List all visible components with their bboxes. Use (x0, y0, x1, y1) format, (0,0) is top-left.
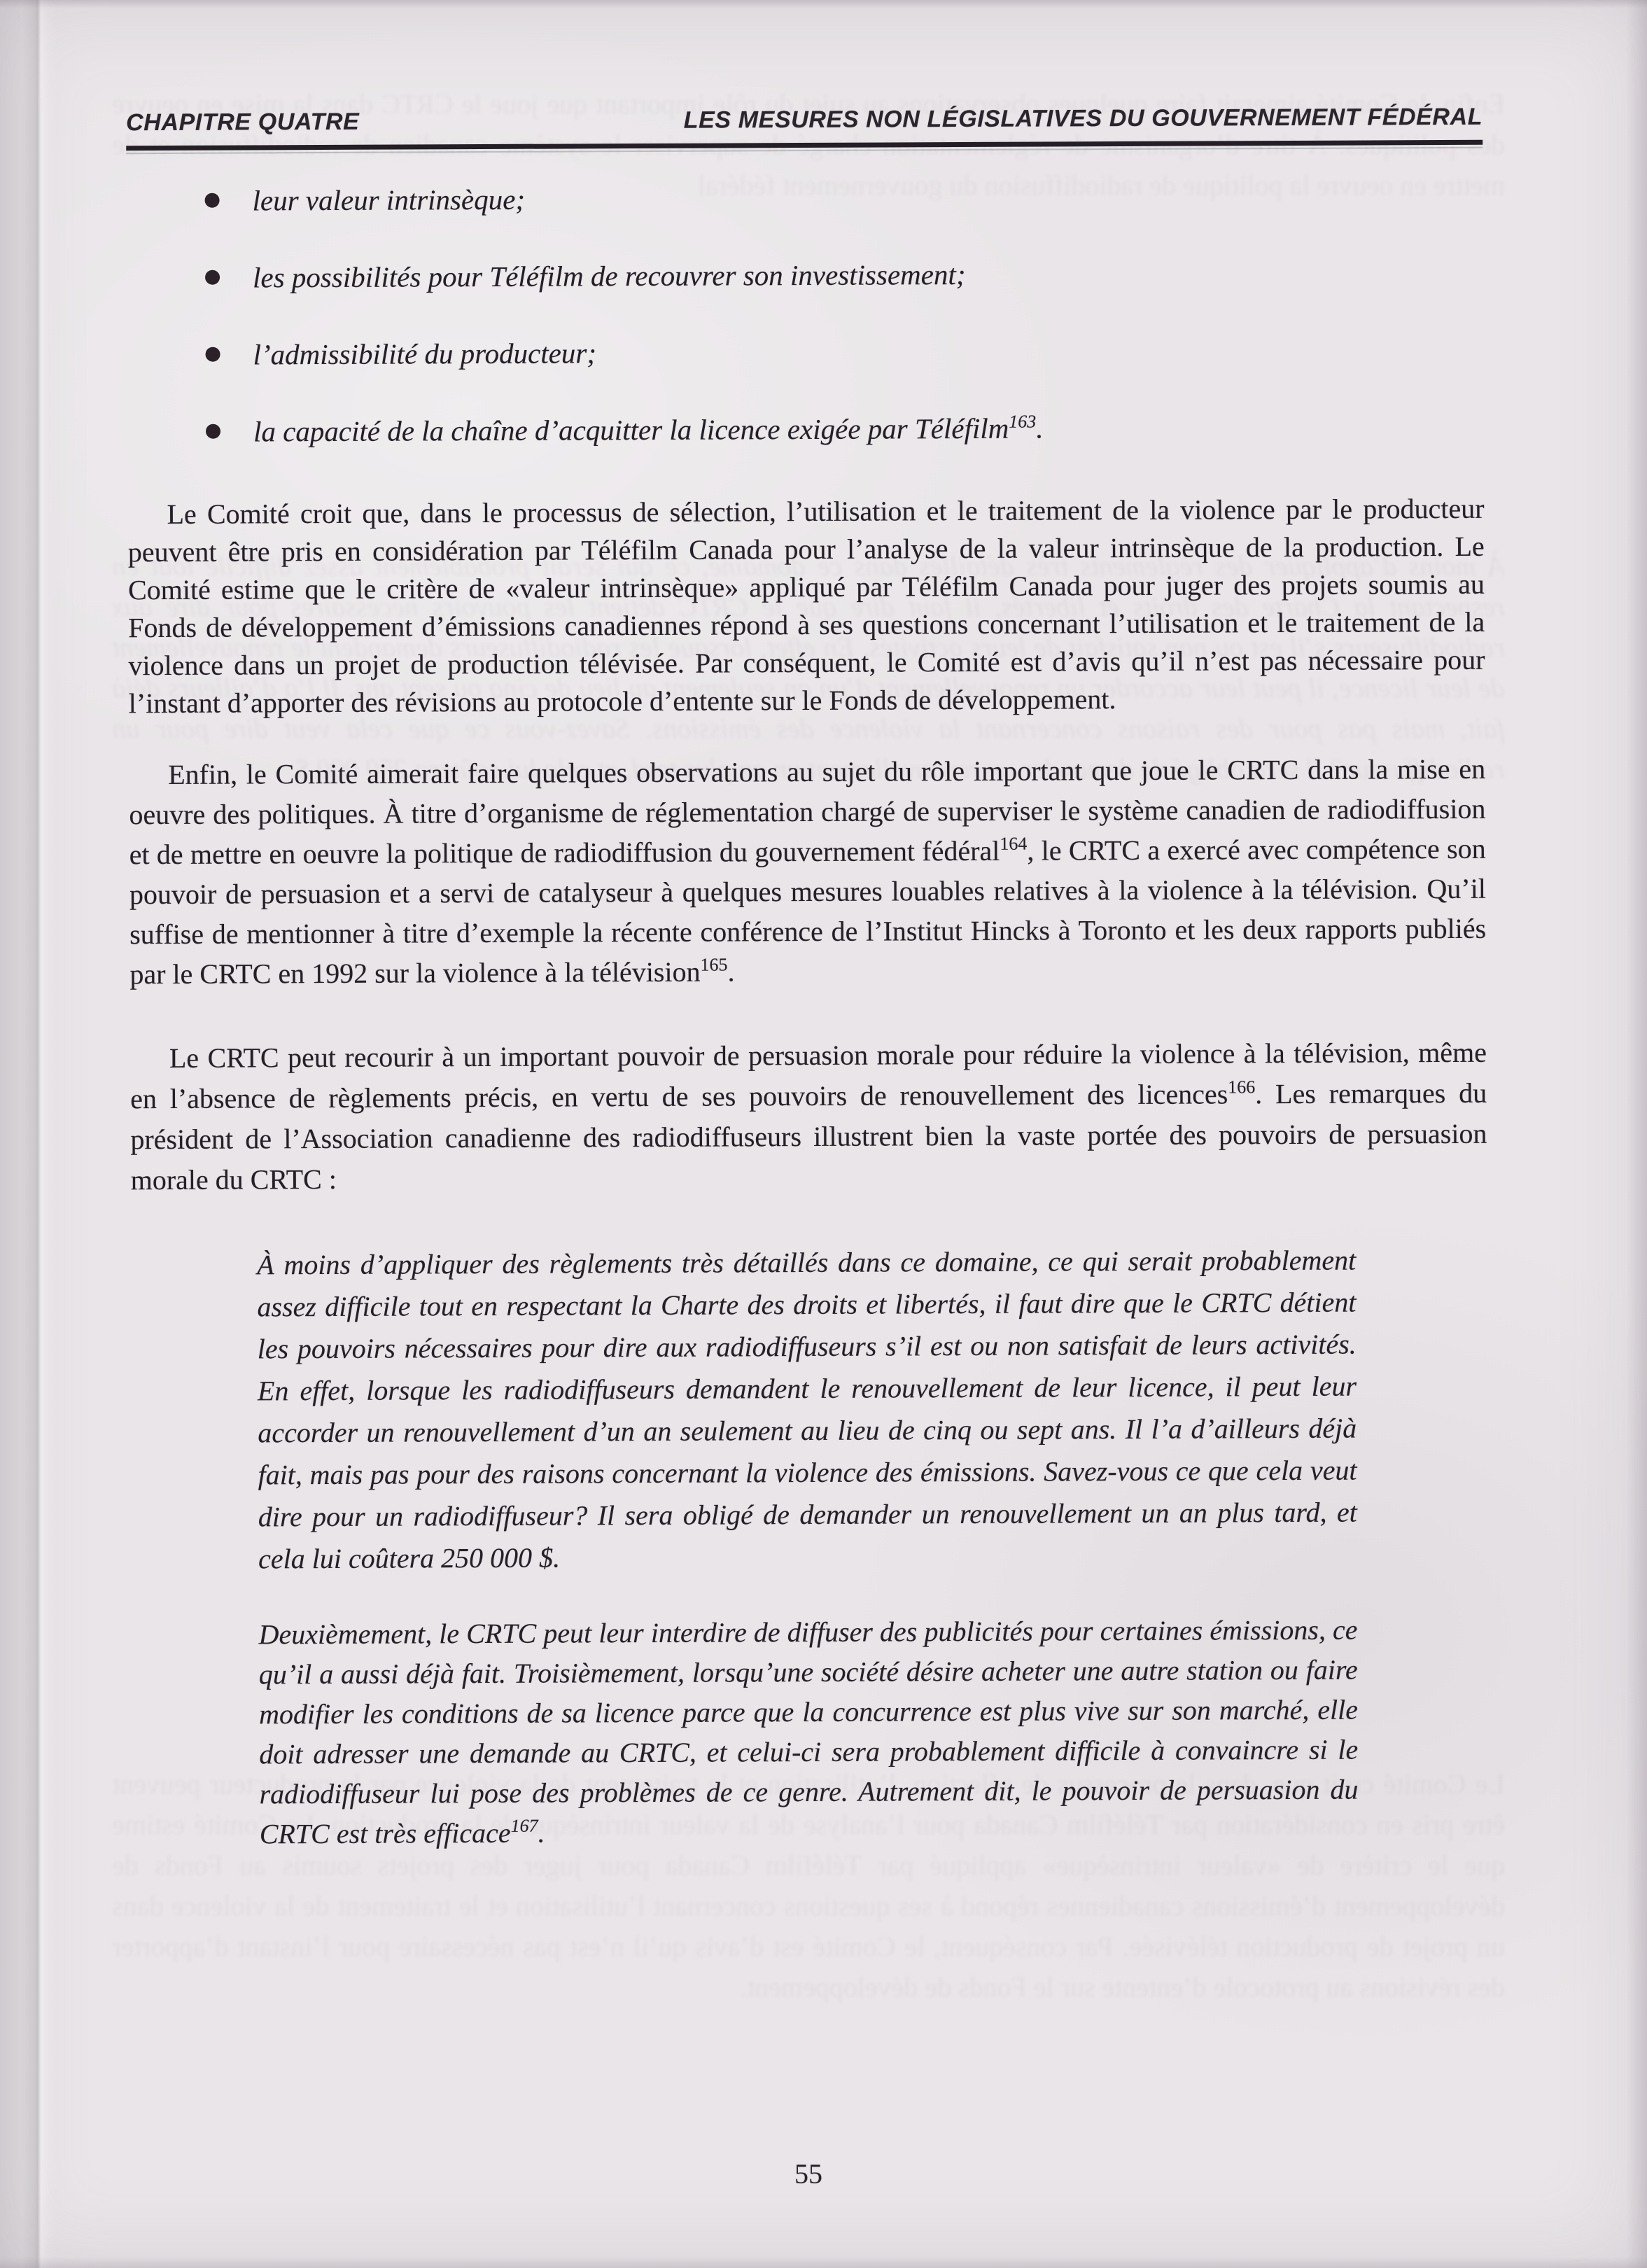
footnote-reference-165: 165 (700, 954, 727, 974)
bullet-text: . (1036, 412, 1043, 444)
bullet-text: l’admissibilité du producteur; (253, 337, 596, 370)
scan-edge-left (0, 0, 56, 2268)
bullet-text: les possibilités pour Téléfilm de recouv… (253, 258, 966, 293)
quote-paragraph: À moins d’appliquer des règlements très … (257, 1240, 1357, 1581)
list-item: la capacité de la chaîne d’acquitter la … (127, 409, 1484, 449)
block-quote: À moins d’appliquer des règlements très … (257, 1240, 1359, 1854)
paragraph-text: Le Comité croit que, dans le processus d… (128, 493, 1485, 719)
bullet-text: la capacité de la chaîne d’acquitter la … (253, 412, 1009, 448)
page-number: 55 (0, 2157, 1617, 2190)
quote-text: . (538, 1817, 545, 1849)
bullet-icon (205, 193, 220, 208)
list-item: les possibilités pour Téléfilm de recouv… (127, 255, 1483, 295)
scan-edge-bottom (0, 2257, 1647, 2268)
footnote-reference-164: 164 (1000, 834, 1027, 854)
quote-text: À moins d’appliquer des règlements très … (257, 1245, 1357, 1575)
footnote-reference-163: 163 (1009, 412, 1036, 432)
scan-edge-top (0, 0, 1647, 8)
running-header: CHAPITRE QUATRE LES MESURES NON LÉGISLAT… (126, 104, 1483, 136)
list-item: l’admissibilité du producteur; (127, 332, 1483, 372)
body-paragraph: Enfin, le Comité aimerait faire quelques… (129, 749, 1486, 994)
header-rule (126, 140, 1483, 150)
document-page: CHAPITRE QUATRE LES MESURES NON LÉGISLAT… (126, 104, 1490, 1854)
paragraph-text: . (727, 955, 734, 987)
quote-text: Deuxièmement, le CRTC peut leur interdir… (258, 1614, 1358, 1850)
footnote-reference-166: 166 (1228, 1077, 1255, 1097)
quote-paragraph: Deuxièmement, le CRTC peut leur interdir… (258, 1610, 1358, 1854)
bullet-icon (206, 424, 220, 439)
running-header-title: LES MESURES NON LÉGISLATIVES DU GOUVERNE… (684, 104, 1483, 134)
bullet-text: leur valeur intrinsèque; (252, 183, 525, 217)
list-item: leur valeur intrinsèque; (126, 178, 1483, 218)
bullet-icon (205, 270, 220, 285)
scanned-document-page: { "header": { "chapter": "CHAPITRE QUATR… (0, 0, 1647, 2268)
running-header-chapter: CHAPITRE QUATRE (126, 108, 359, 136)
scan-edge-right (1626, 0, 1647, 2268)
bullet-list: leur valeur intrinsèque; les possibilité… (126, 178, 1484, 449)
footnote-reference-167: 167 (510, 1816, 538, 1836)
bullet-icon (205, 347, 220, 362)
body-paragraph: Le CRTC peut recourir à un important pou… (130, 1032, 1487, 1200)
body-paragraph: Le Comité croit que, dans le processus d… (127, 490, 1485, 722)
